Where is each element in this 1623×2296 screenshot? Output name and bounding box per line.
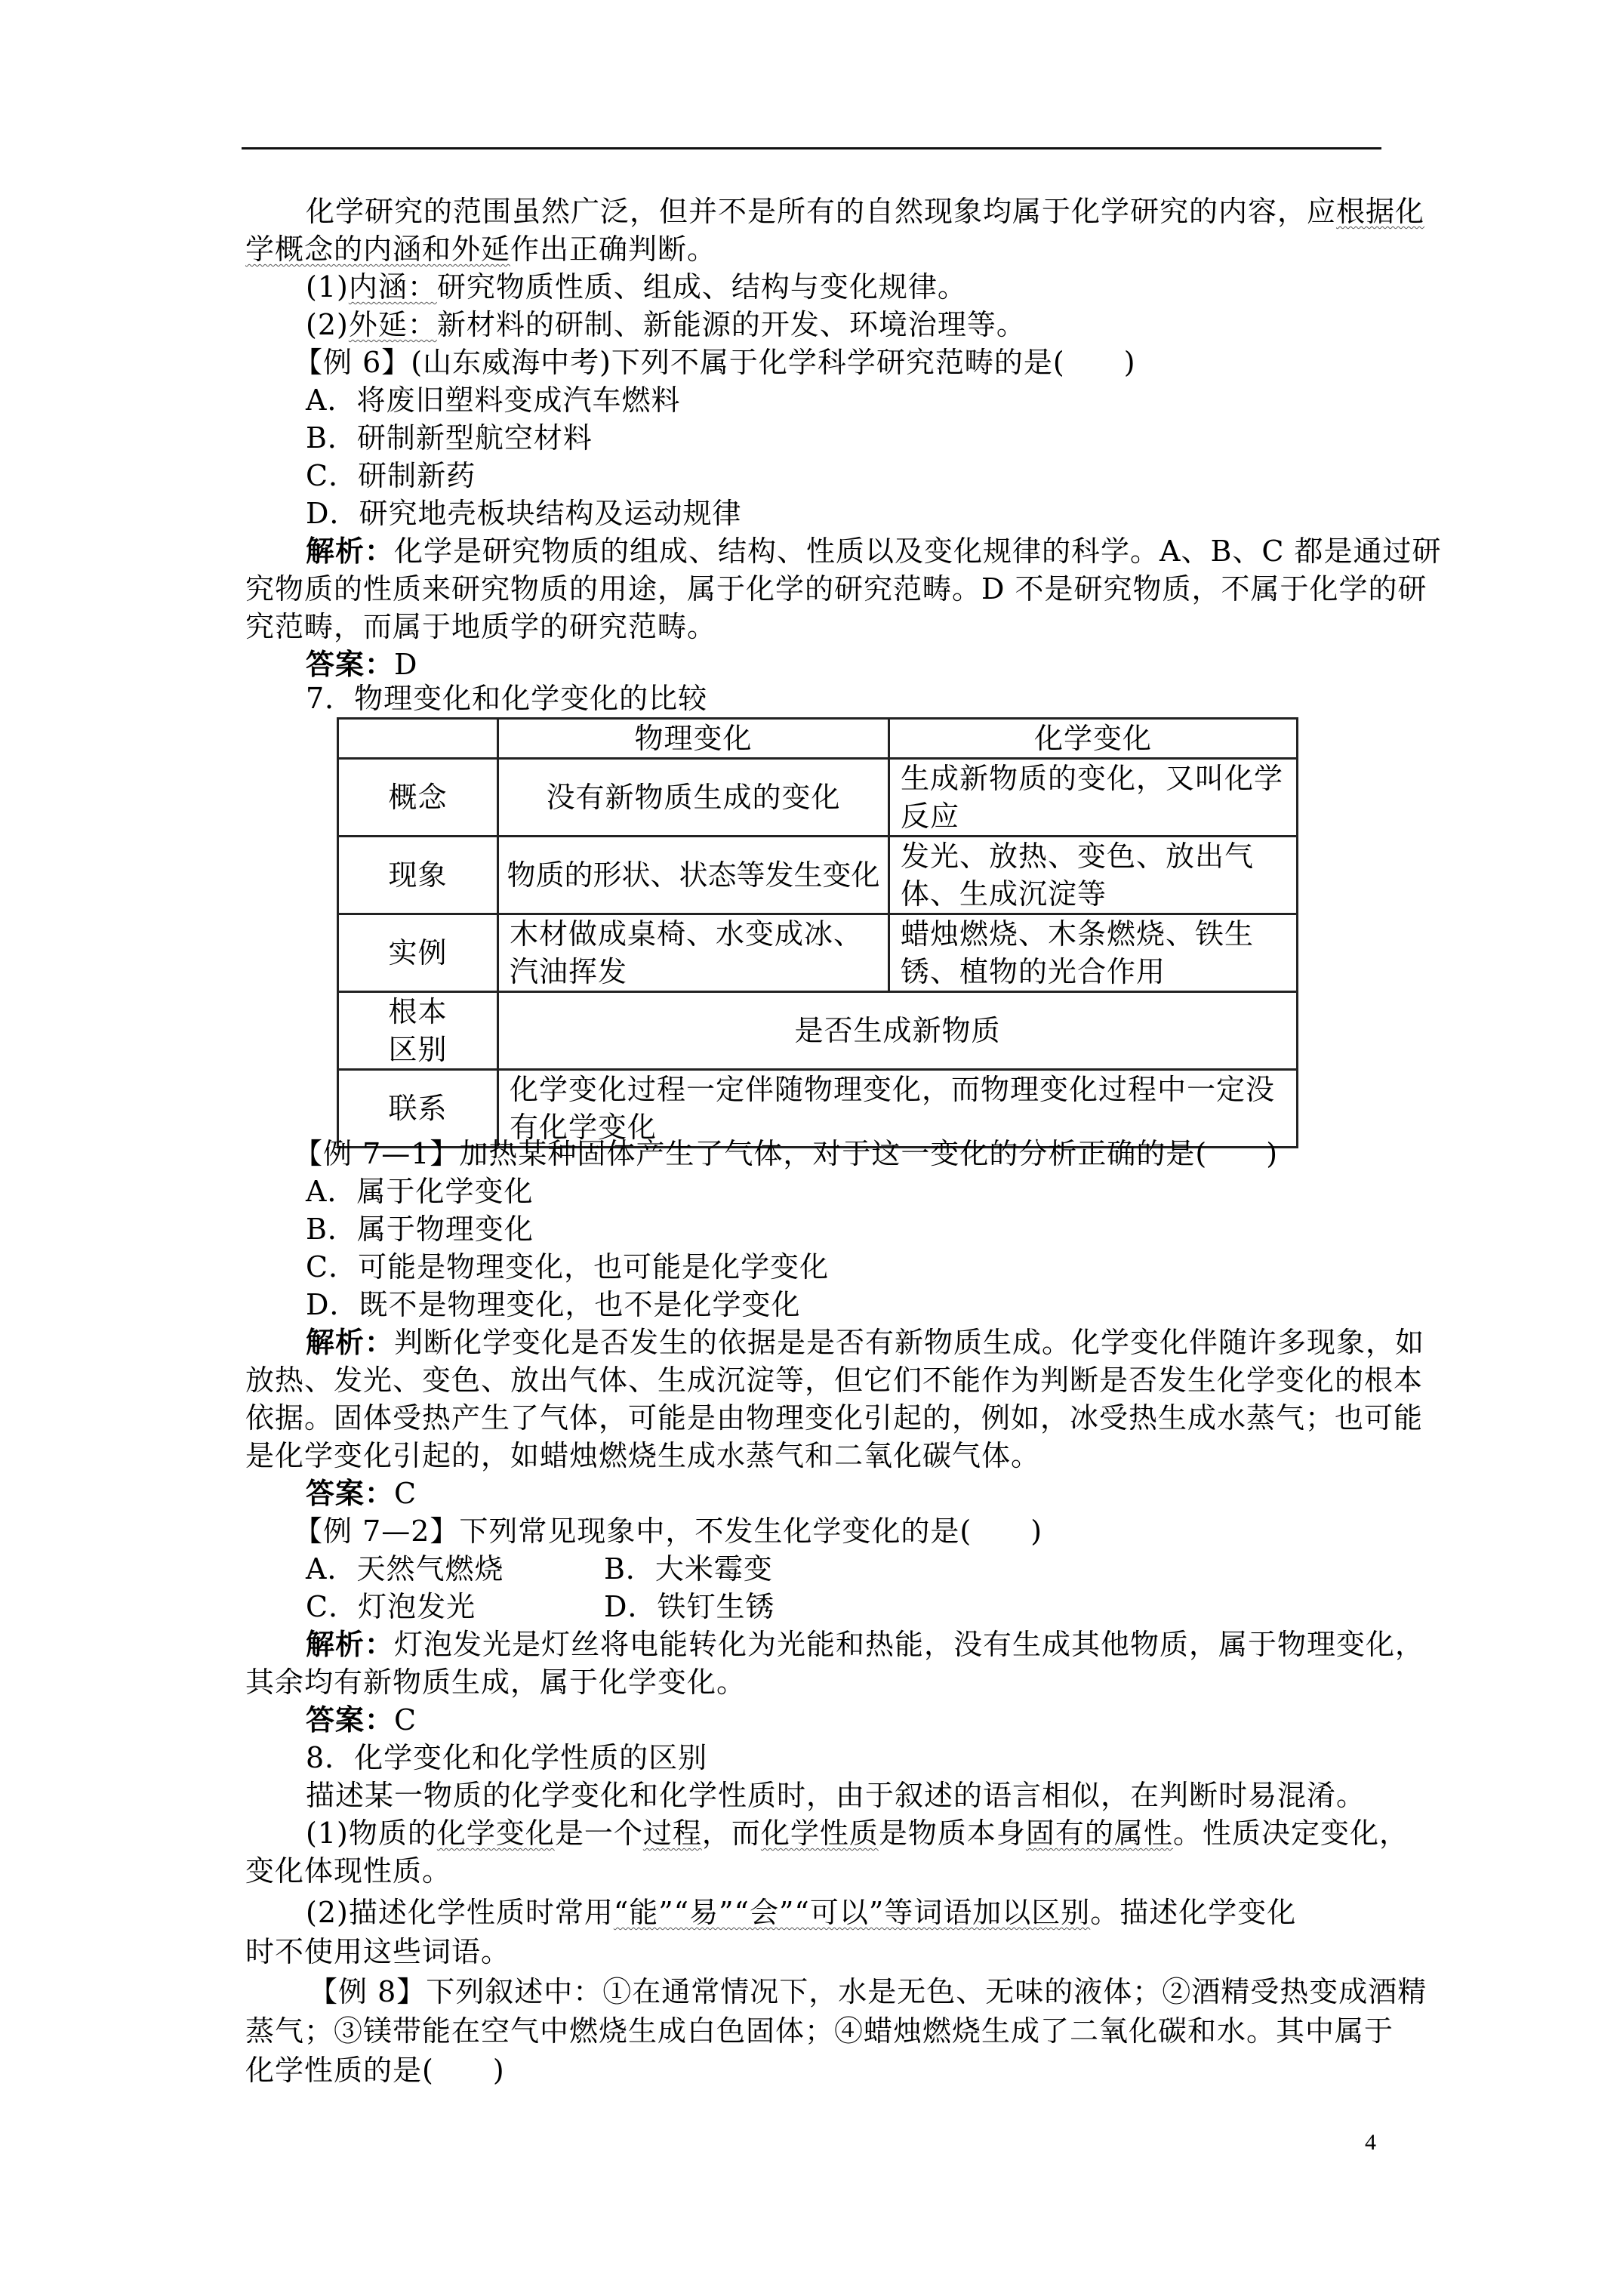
example-7-1-option-c: C．可能是物理变化，也可能是化学变化	[245, 1248, 1385, 1286]
item-label: 内涵：	[349, 270, 437, 304]
example-7-2-answer: 答案：C	[245, 1701, 1385, 1739]
wavy-underlined-text: 化学变化	[437, 1817, 555, 1850]
intro-line-2: 学概念的内涵和外延作出正确判断。	[245, 230, 1385, 268]
example-7-2-options-row-2: C．灯泡发光 D．铁钉生锈	[245, 1588, 1385, 1626]
example-6-analysis-line-2: 究物质的性质来研究物质的用途，属于化学的研究范畴。D 不是研究物质，不属于化学的…	[245, 570, 1385, 608]
text: ，而	[702, 1817, 761, 1850]
analysis-label: 解析：	[306, 1325, 394, 1359]
text: 是物质本身	[879, 1817, 1026, 1850]
text: 作出正确判断。	[510, 233, 716, 266]
row-label: 概念	[338, 759, 498, 837]
example-7-2-option-d: D．铁钉生锈	[604, 1588, 775, 1626]
text: 化学研究的范围虽然广泛，但并不是所有的自然现象均属于化学研究的内容，应	[306, 195, 1336, 228]
example-7-2-option-a: A．天然气燃烧	[306, 1552, 504, 1586]
wavy-underlined-text: 学概念的内涵和外延	[245, 233, 510, 266]
example-8-line-1: 【例 8】下列叙述中：①在通常情况下，水是无色、无味的液体；②酒精受热变成酒精	[245, 1973, 1385, 2011]
example-7-1-option-d: D．既不是物理变化，也不是化学变化	[245, 1286, 1385, 1324]
item-number: (1)	[306, 270, 349, 304]
example-7-1-analysis-line-2: 放热、发光、变色、放出气体、生成沉淀等，但它们不能作为判断是否发生化学变化的根本	[245, 1361, 1385, 1399]
physical-cell: 没有新物质生成的变化	[498, 759, 889, 837]
example-7-1-option-b: B．属于物理变化	[245, 1210, 1385, 1248]
merged-cell: 是否生成新物质	[498, 992, 1298, 1070]
table-row: 根本区别 是否生成新物质	[338, 992, 1298, 1070]
example-7-2-analysis-line-2: 其余均有新物质生成，属于化学变化。	[245, 1663, 1385, 1701]
table-row: 现象 物质的形状、状态等发生变化 发光、放热、变色、放出气体、生成沉淀等	[338, 837, 1298, 914]
table-header-row: 物理变化 化学变化	[338, 719, 1298, 759]
table-row: 概念 没有新物质生成的变化 生成新物质的变化，又叫化学反应	[338, 759, 1298, 837]
analysis-text: 化学是研究物质的组成、结构、性质以及变化规律的科学。A、B、C 都是通过研	[394, 535, 1442, 568]
answer-label: 答案：	[306, 647, 394, 681]
answer-label: 答案：	[306, 1703, 394, 1737]
wavy-underlined-text: 固有的属性	[1026, 1817, 1173, 1850]
answer-value: D	[394, 648, 417, 681]
physical-cell: 物质的形状、状态等发生变化	[498, 837, 889, 914]
section-8-point-1-line-1: (1)物质的化学变化是一个过程，而化学性质是物质本身固有的属性。性质决定变化，	[245, 1814, 1385, 1852]
item-text: 新材料的研制、新能源的开发、环境治理等。	[437, 308, 1026, 341]
wavy-underlined-text: 根据化	[1336, 195, 1424, 228]
example-6-question: 【例 6】(山东威海中考)下列不属于化学科学研究范畴的是( )	[245, 344, 1434, 381]
wavy-underlined-text: “能”“易”“会”“可以”等词语加以区别	[614, 1896, 1090, 1929]
header-rule	[242, 147, 1381, 149]
example-8-line-2: 蒸气；③镁带能在空气中燃烧生成白色固体；④蜡烛燃烧生成了二氧化碳和水。其中属于	[245, 2012, 1385, 2050]
row-label: 实例	[338, 914, 498, 992]
section-7-title: 7．物理变化和化学变化的比较	[245, 680, 1385, 717]
text: 。性质决定变化，	[1173, 1817, 1409, 1850]
table-header-physical: 物理变化	[498, 719, 889, 759]
item-number: (2)	[306, 308, 349, 341]
analysis-label: 解析：	[306, 534, 394, 568]
example-7-2-question: 【例 7—2】下列常见现象中，不发生化学变化的是( )	[245, 1512, 1434, 1550]
example-6-analysis-line-3: 究范畴，而属于地质学的研究范畴。	[245, 608, 1385, 646]
row-label: 现象	[338, 837, 498, 914]
table-row: 实例 木材做成桌椅、水变成冰、汽油挥发 蜡烛燃烧、木条燃烧、铁生锈、植物的光合作…	[338, 914, 1298, 992]
example-7-2-analysis-line-1: 解析：灯泡发光是灯丝将电能转化为光能和热能，没有生成其他物质，属于物理变化，	[245, 1626, 1385, 1663]
text: 是一个	[555, 1817, 643, 1850]
chemical-cell: 蜡烛燃烧、木条燃烧、铁生锈、植物的光合作用	[889, 914, 1298, 992]
text: (2)描述化学性质时常用	[306, 1896, 614, 1929]
section-8-intro: 描述某一物质的化学变化和化学性质时，由于叙述的语言相似，在判断时易混淆。	[245, 1777, 1385, 1814]
item-text: 研究物质性质、组成、结构与变化规律。	[437, 270, 967, 304]
example-7-1-analysis-line-3: 依据。固体受热产生了气体，可能是由物理变化引起的，例如，冰受热生成水蒸气；也可能	[245, 1399, 1385, 1437]
comparison-table: 物理变化 化学变化 概念 没有新物质生成的变化 生成新物质的变化，又叫化学反应 …	[337, 717, 1298, 1148]
intro-item-2: (2)外延：新材料的研制、新能源的开发、环境治理等。	[245, 306, 1385, 344]
row-label: 根本区别	[338, 992, 498, 1070]
example-7-1-question: 【例 7—1】加热某种固体产生了气体，对于这一变化的分析正确的是( )	[245, 1135, 1434, 1173]
example-7-2-options-row-1: A．天然气燃烧 B．大米霉变	[245, 1550, 1385, 1588]
analysis-text: 灯泡发光是灯丝将电能转化为光能和热能，没有生成其他物质，属于物理变化，	[394, 1628, 1424, 1661]
example-6-answer: 答案：D	[245, 646, 1385, 683]
page-number: 4	[1365, 2128, 1376, 2158]
answer-label: 答案：	[306, 1476, 394, 1510]
example-8-line-3: 化学性质的是( )	[245, 2051, 1385, 2089]
section-8-point-2-line-2: 时不使用这些词语。	[245, 1933, 1385, 1971]
chemical-cell: 生成新物质的变化，又叫化学反应	[889, 759, 1298, 837]
chemical-cell: 发光、放热、变色、放出气体、生成沉淀等	[889, 837, 1298, 914]
analysis-label: 解析：	[306, 1627, 394, 1661]
answer-value: C	[394, 1477, 417, 1510]
answer-value: C	[394, 1703, 417, 1737]
example-7-1-option-a: A．属于化学变化	[245, 1173, 1385, 1210]
item-label: 外延：	[349, 308, 437, 341]
text: 。描述化学变化	[1090, 1896, 1296, 1929]
wavy-underlined-text: 过程	[643, 1817, 702, 1850]
section-8-title: 8．化学变化和化学性质的区别	[245, 1739, 1385, 1777]
example-7-2-option-c: C．灯泡发光	[306, 1590, 476, 1623]
table-header-chemical: 化学变化	[889, 719, 1298, 759]
example-6-option-c: C．研制新药	[245, 457, 1385, 495]
intro-item-1: (1)内涵：研究物质性质、组成、结构与变化规律。	[245, 268, 1385, 306]
section-8-point-2-line-1: (2)描述化学性质时常用“能”“易”“会”“可以”等词语加以区别。描述化学变化	[245, 1894, 1385, 1931]
example-7-1-analysis-line-1: 解析：判断化学变化是否发生的依据是是否有新物质生成。化学变化伴随许多现象，如	[245, 1324, 1385, 1361]
example-7-1-analysis-line-4: 是化学变化引起的，如蜡烛燃烧生成水蒸气和二氧化碳气体。	[245, 1437, 1385, 1475]
example-6-option-b: B．研制新型航空材料	[245, 419, 1385, 457]
example-6-option-a: A．将废旧塑料变成汽车燃料	[245, 381, 1385, 419]
text: (1)物质的	[306, 1817, 437, 1850]
example-6-analysis-line-1: 解析：化学是研究物质的组成、结构、性质以及变化规律的科学。A、B、C 都是通过研	[245, 532, 1385, 570]
section-8-point-1-line-2: 变化体现性质。	[245, 1852, 1385, 1890]
example-6-option-d: D．研究地壳板块结构及运动规律	[245, 495, 1385, 532]
analysis-text: 判断化学变化是否发生的依据是是否有新物质生成。化学变化伴随许多现象，如	[394, 1326, 1424, 1359]
physical-cell: 木材做成桌椅、水变成冰、汽油挥发	[498, 914, 889, 992]
table-header-empty	[338, 719, 498, 759]
example-7-1-answer: 答案：C	[245, 1475, 1385, 1512]
intro-line-1: 化学研究的范围虽然广泛，但并不是所有的自然现象均属于化学研究的内容，应根据化	[245, 193, 1385, 230]
wavy-underlined-text: 化学性质	[761, 1817, 879, 1850]
example-7-2-option-b: B．大米霉变	[604, 1550, 773, 1588]
